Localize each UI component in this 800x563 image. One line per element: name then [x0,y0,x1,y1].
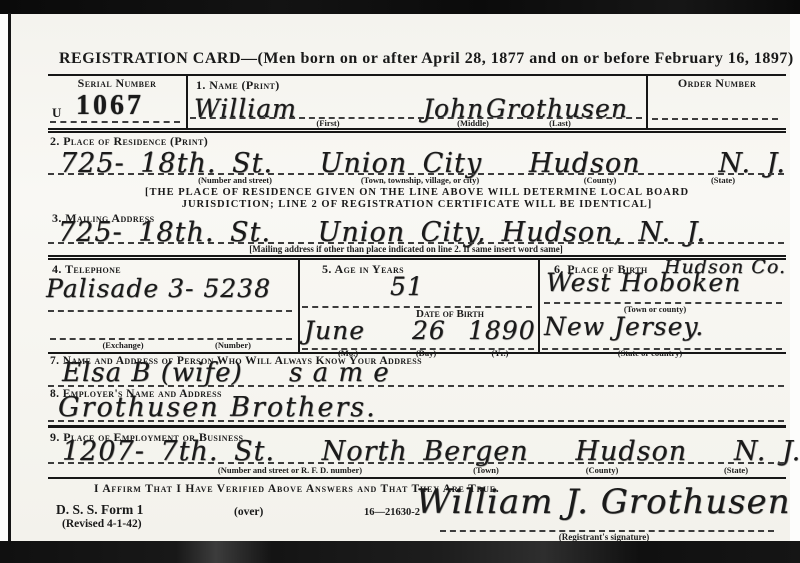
residence-label: 2. Place of Residence (Print) [48,133,786,149]
registrant-signature-handwritten: William J. Grothusen [416,482,791,522]
contact-handwritten: Elsa B (wife) s a m e [62,358,390,388]
employment-fill-line [48,462,784,464]
employment-street-caption: (Number and street or R. F. D. number) [218,465,362,475]
signature-caption: (Registrant's signature) [559,532,650,542]
employment-county-caption: (County) [586,465,619,475]
mailing-caption: [Mailing address if other than place ind… [249,244,562,254]
residence-town-caption: (Town, township, village, or city) [361,175,479,185]
dob-year-handwritten: 1890 [468,316,536,345]
name-first-caption: (First) [316,118,339,128]
employer-fill-line [48,420,784,422]
residence-state-caption: (State) [711,175,735,185]
card-header: REGISTRATION CARD—(Men born on or after … [11,14,790,74]
scan-border-top [0,0,800,14]
contact-fill-line [48,385,784,387]
employment-state-caption: (State) [724,465,748,475]
print-code: 16—21630-2 [364,507,420,518]
employer-handwritten: Grothusen Brothers. [58,392,377,423]
telephone-number-caption: (Number) [215,340,251,350]
residence-county-caption: (County) [584,175,617,185]
dob-day-handwritten: 26 [412,316,446,345]
card-title-text: REGISTRATION CARD [59,50,241,67]
serial-number-label: Serial Number [48,76,186,91]
name-section: 1. Name (Print) William John Grothusen (… [188,76,648,128]
birthplace-town-handwritten: West Hoboken [546,268,741,297]
row-residence: 2. Place of Residence (Print) 725- 18th.… [48,128,786,185]
serial-prefix: U [52,105,61,121]
scan-border-bottom [0,541,800,563]
telephone-section: 4. Telephone Palisade 3- 5238 (Exchange)… [48,260,300,352]
order-number-label: Order Number [648,76,786,91]
form-number: D. S. S. Form 1 [56,502,143,518]
jurisdiction-notice-line2: JURISDICTION; LINE 2 OF REGISTRATION CER… [48,199,786,211]
age-handwritten: 51 [390,272,424,301]
dob-month-handwritten: June [304,316,365,345]
telephone-fill-line2 [50,338,292,340]
serial-number-section: Serial Number U 1067 [48,76,188,128]
jurisdiction-notice-line1: [THE PLACE OF RESIDENCE GIVEN ON THE LIN… [48,187,786,199]
serial-number-value: 1067 [76,90,144,122]
name-middle-caption: (Middle) [457,118,489,128]
name-fill-line [190,117,642,119]
name-label: 1. Name (Print) [188,76,646,93]
form-revision: (Revised 4-1-42) [62,518,142,530]
employment-town-caption: (Town) [473,465,499,475]
telephone-handwritten: Palisade 3- 5238 [46,274,271,303]
age-dob-section: 5. Age in Years 51 Date of Birth June 26… [300,260,540,352]
name-last-caption: (Last) [549,118,571,128]
residence-street-caption: (Number and street) [198,175,272,185]
row-telephone-age-birth: 4. Telephone Palisade 3- 5238 (Exchange)… [48,255,786,352]
card-title-qualifier: —(Men born on or after April 28, 1877 an… [241,50,794,67]
row-contact-person: 7. Name and Address of Person Who Will A… [48,352,786,388]
telephone-exchange-caption: (Exchange) [102,340,143,350]
order-number-section: Order Number [648,76,786,128]
card-title: REGISTRATION CARD—(Men born on or after … [59,50,794,68]
row-mailing-address: 3. Mailing Address 725- 18th. St. Union … [48,211,786,255]
row-serial-name-order: Serial Number U 1067 1. Name (Print) Wil… [48,74,786,128]
over-note: (over) [234,506,263,518]
row-employment: 9. Place of Employment or Business 1207-… [48,425,786,477]
registration-card: REGISTRATION CARD—(Men born on or after … [11,14,790,541]
birthplace-section: 6. Place of Birth Hudson Co. West Hoboke… [540,260,786,352]
birthplace-state-handwritten: New Jersey. [544,312,704,341]
serial-fill-line [50,121,180,123]
order-fill-line [652,118,778,120]
card-footer: D. S. S. Form 1 (Revised 4-1-42) (over) … [48,492,786,540]
scanned-document: REGISTRATION CARD—(Men born on or after … [0,0,800,563]
jurisdiction-notice: [THE PLACE OF RESIDENCE GIVEN ON THE LIN… [48,185,786,211]
form-body: Serial Number U 1067 1. Name (Print) Wil… [48,74,786,540]
telephone-fill-line [48,310,292,312]
row-employer: 8. Employer's Name and Address Grothusen… [48,388,786,425]
